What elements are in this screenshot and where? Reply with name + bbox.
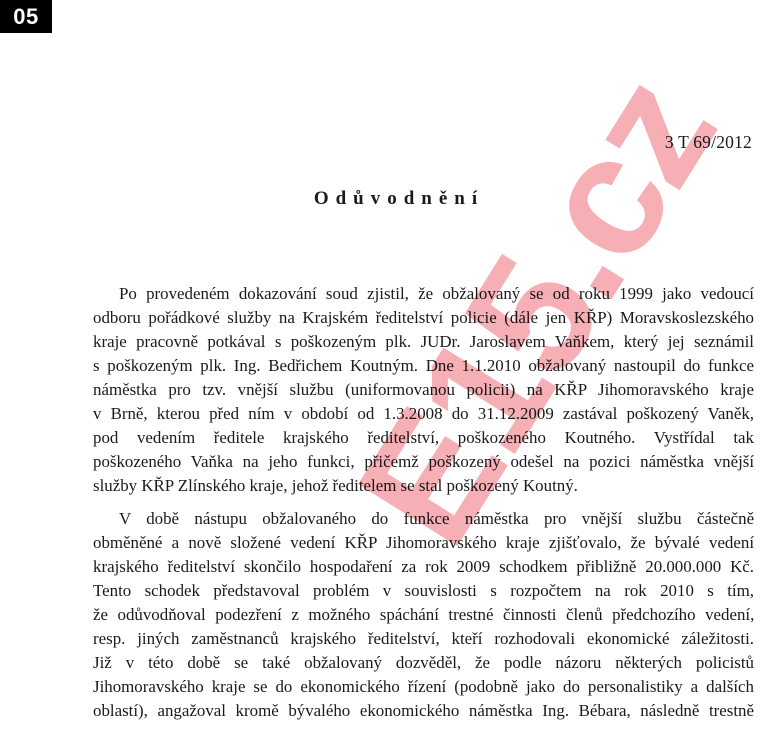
text-line: služby KŘP Zlínského kraje, jehož ředite…	[93, 474, 754, 498]
text-line: že odůvodňoval podezření z možného spách…	[93, 603, 754, 627]
text-line: pod vedením ředitele krajského ředitelst…	[93, 426, 754, 450]
text-line: v Brně, kterou před ním v období od 1.3.…	[93, 402, 754, 426]
paragraph-1: Po provedeném dokazování soud zjistil, ž…	[93, 282, 754, 498]
text-line: obměněné a nově složené vedení KŘP Jihom…	[93, 531, 754, 555]
text-line: oblastí), angažoval kromě bývalého ekono…	[93, 699, 754, 723]
text-line: V době nástupu obžalovaného do funkce ná…	[93, 507, 754, 531]
document-title: Odůvodnění	[0, 188, 778, 210]
paragraph-2: V době nástupu obžalovaného do funkce ná…	[93, 507, 754, 723]
text-line: resp. jiných zaměstnanců krajského ředit…	[93, 627, 754, 651]
text-line: odboru pořádkové služby na Krajském ředi…	[93, 306, 754, 330]
text-line: náměstka pro tzv. vnější službu (uniform…	[93, 378, 754, 402]
text-line: Již v této době se také obžalovaný dozvě…	[93, 651, 754, 675]
text-line: Po provedeném dokazování soud zjistil, ž…	[93, 282, 754, 306]
page-number-badge: 05	[0, 0, 52, 33]
text-line: poškozeného Vaňka na jeho funkci, přičem…	[93, 450, 754, 474]
text-line: s poškozeným plk. Ing. Bedřichem Koutným…	[93, 354, 754, 378]
text-line: Jihomoravského kraje se do ekonomického …	[93, 675, 754, 699]
text-line: Tento schodek představoval problém v sou…	[93, 579, 754, 603]
text-line: krajského ředitelství skončilo hospodaře…	[93, 555, 754, 579]
text-line: kraje pracovně potkával s poškozeným plk…	[93, 330, 754, 354]
case-number: 3 T 69/2012	[665, 132, 752, 153]
